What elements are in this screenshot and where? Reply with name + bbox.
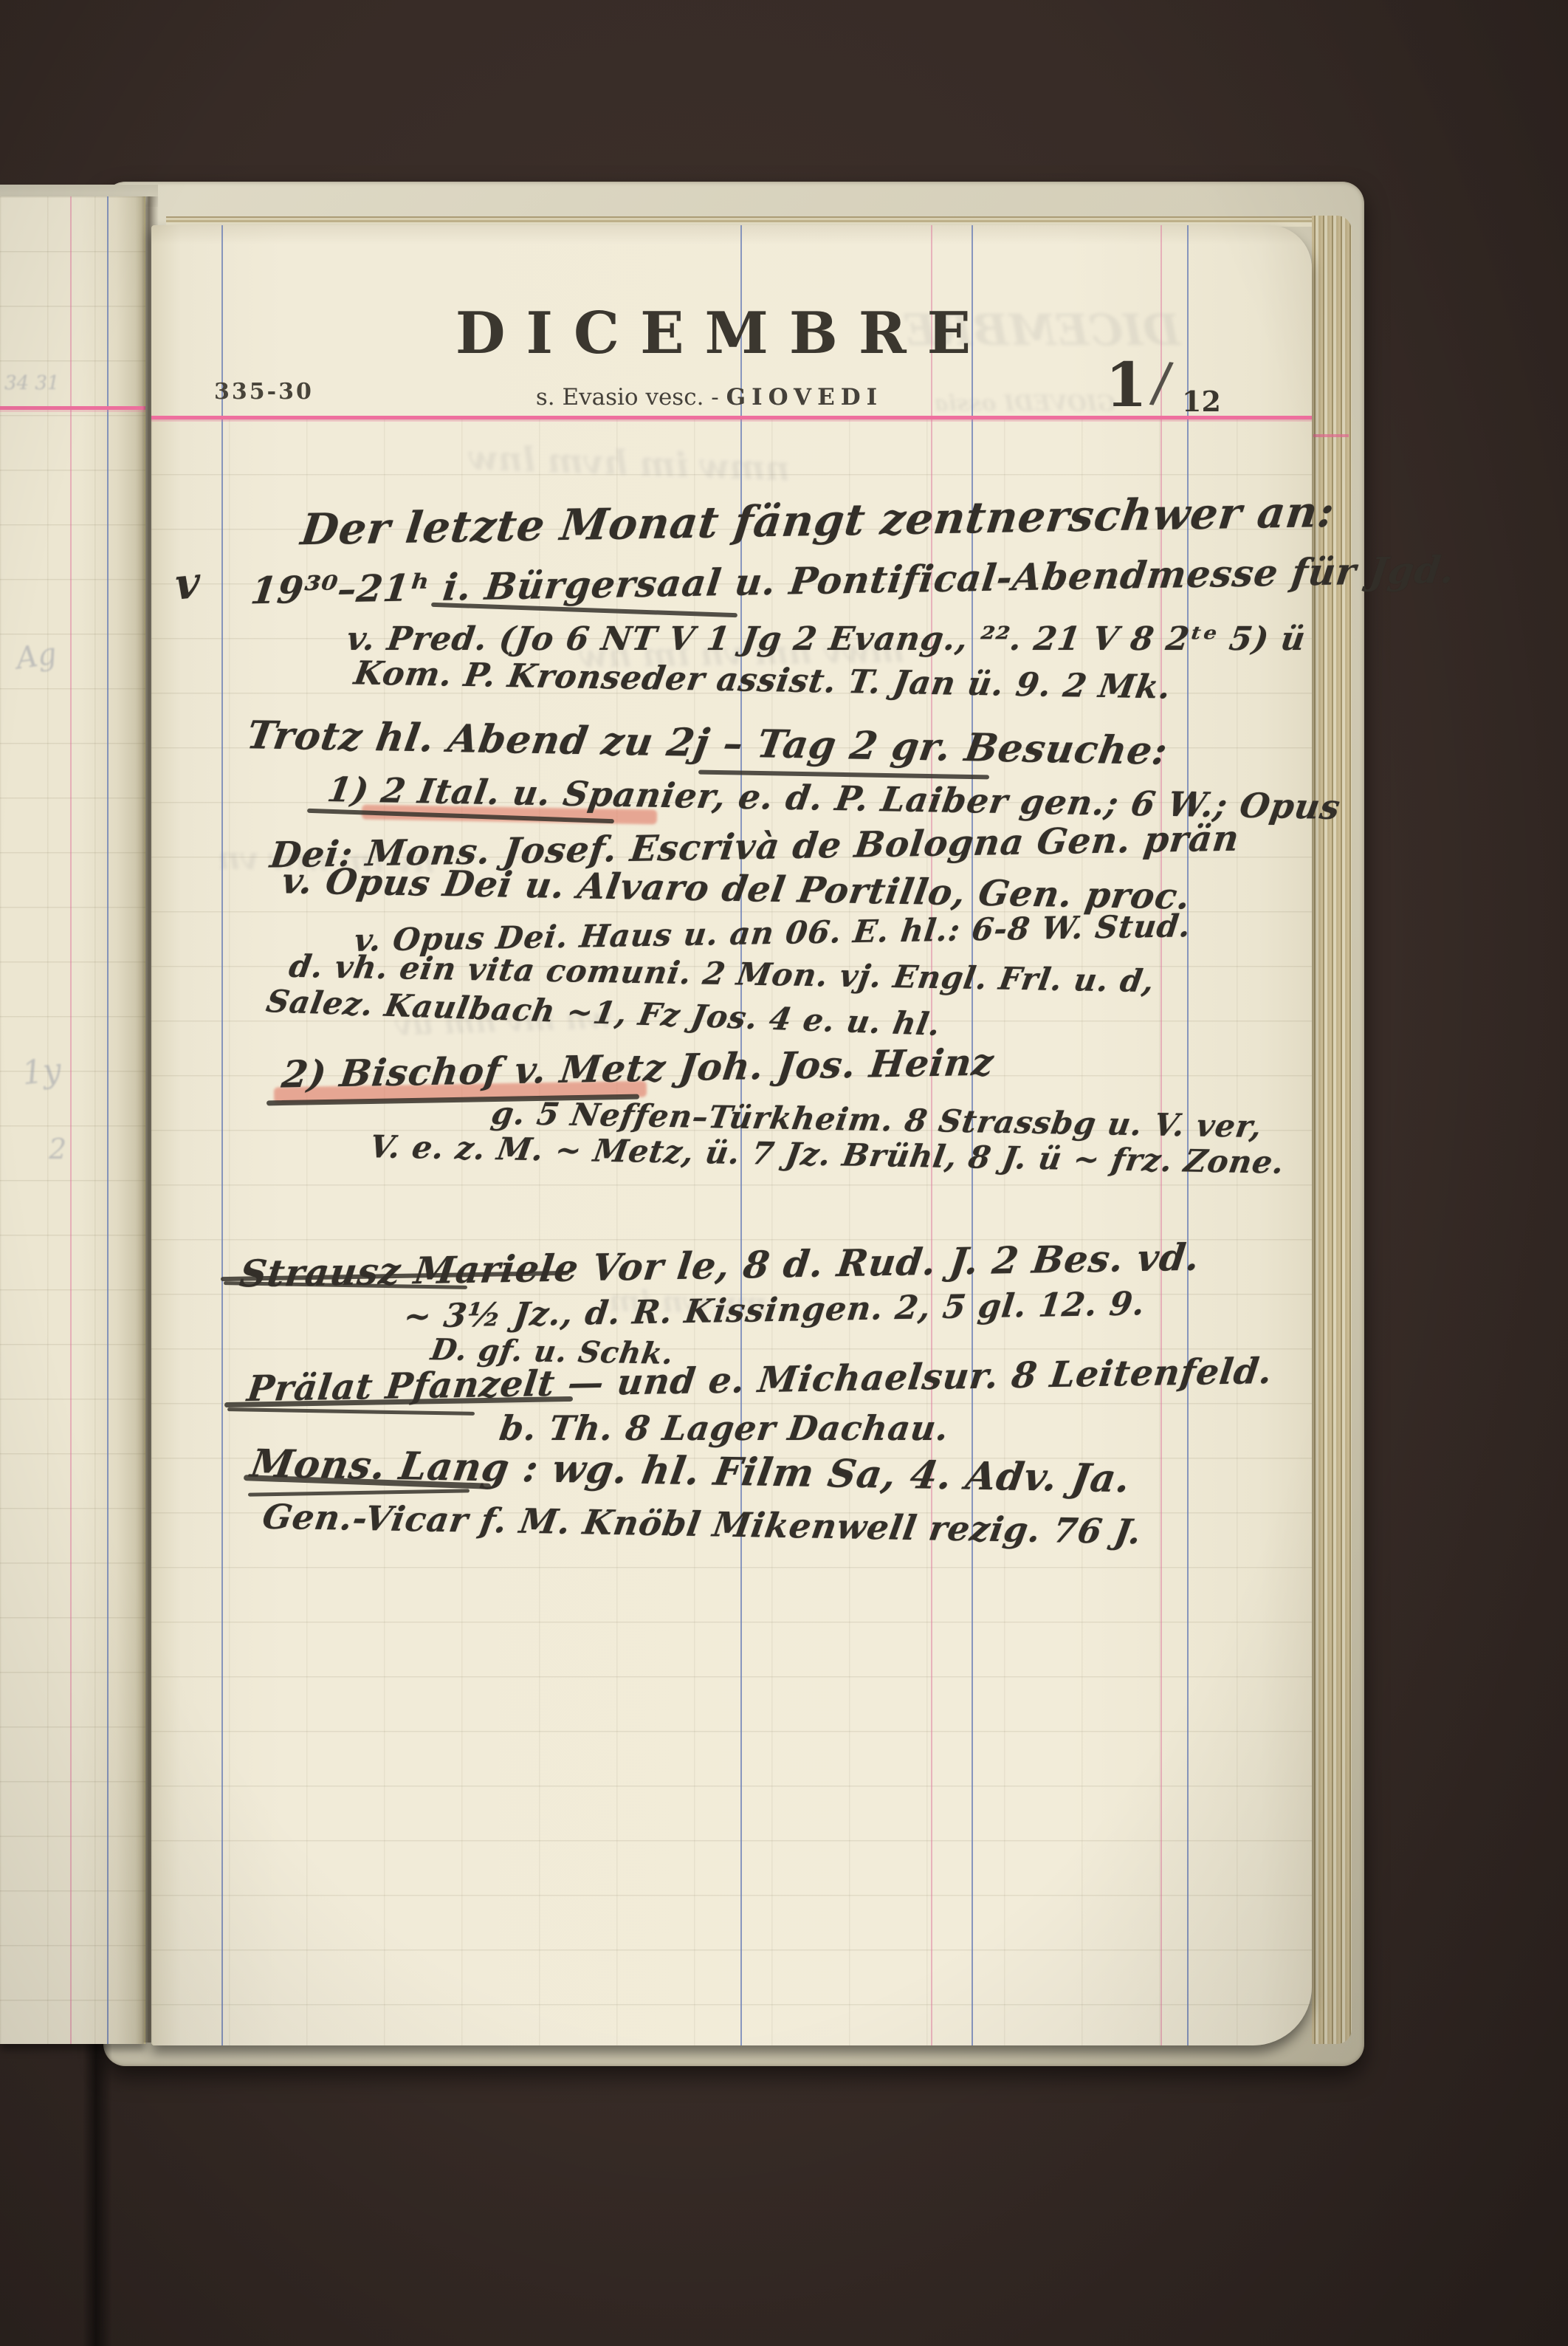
- margin-mark: Ag: [14, 637, 58, 676]
- diary-photo: 34 31Ag1y2 DICEMBREGIOVEDI ossianmw im h…: [0, 0, 1568, 2346]
- facing-page-grid: [0, 196, 145, 2044]
- header-pink-rule: [151, 416, 1312, 419]
- spine-shadow: [83, 2022, 112, 2346]
- left-ruling-blue: [107, 196, 109, 2044]
- facing-page-pink-rule: [0, 406, 145, 410]
- margin-mark: 1y: [20, 1051, 63, 1092]
- month-number: 12: [1182, 385, 1221, 418]
- page-stack-pink-rule-edge: [1313, 434, 1349, 437]
- saint-and-weekday-line: s. Evasio vesc. - GIOVEDI: [151, 384, 1268, 411]
- margin-mark: 2: [49, 1133, 66, 1165]
- left-ruling-pink: [70, 196, 72, 2044]
- check-mark: v: [174, 558, 202, 610]
- diary-page: DICEMBREGIOVEDI ossianmw im hvm lnwmwv n…: [151, 225, 1312, 2045]
- weekday-label: GIOVEDI: [726, 384, 884, 411]
- day-slash: /: [1148, 350, 1175, 416]
- facing-page-strip: 34 31Ag1y2: [0, 196, 145, 2044]
- handwriting-line: b. Th. 8 Lager Dachau.: [497, 1409, 952, 1448]
- day-number-group: 1 / 12: [1105, 355, 1223, 414]
- handwriting-line: v. Pred. (Jo 6 NT V 1 Jg 2 Evang., ²². 2…: [344, 621, 1307, 659]
- separator: -: [704, 384, 726, 411]
- day-number: 1: [1105, 355, 1147, 416]
- ghost-page-number: 34 31: [4, 372, 59, 394]
- ruling-blue-1: [221, 225, 223, 2045]
- saint-name: s. Evasio vesc.: [536, 384, 704, 411]
